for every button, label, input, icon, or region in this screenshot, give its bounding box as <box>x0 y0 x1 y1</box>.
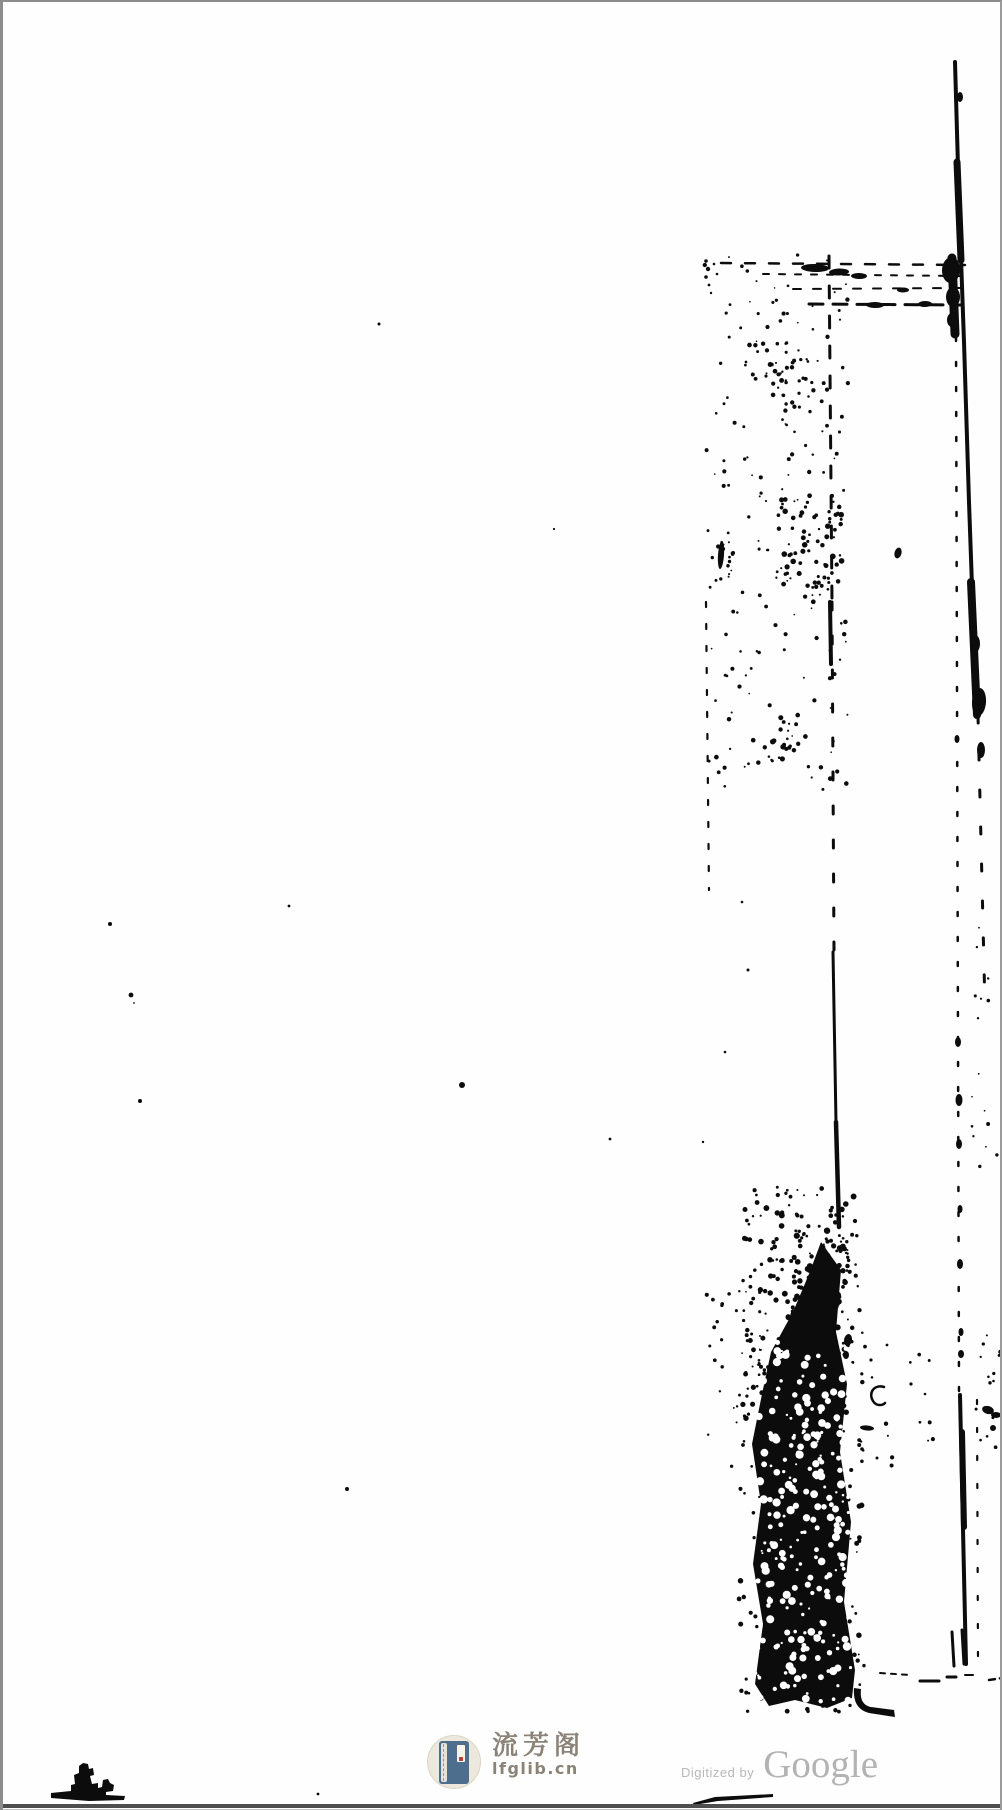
google-logo-text: Google <box>763 1742 878 1787</box>
lfglib-watermark: 流芳阁 lfglib.cn <box>427 1735 585 1789</box>
book-icon <box>439 1741 469 1784</box>
watermark-text-block: 流芳阁 lfglib.cn <box>492 1732 585 1777</box>
book-binding <box>441 1743 447 1782</box>
watermark-logo-circle <box>427 1735 481 1789</box>
page-bottom-edge <box>3 1804 1002 1808</box>
google-credit: Digitized by Google <box>681 1742 878 1787</box>
book-stitch-line <box>443 1744 444 1781</box>
ink-artifacts-layer <box>3 2 1002 1810</box>
scanned-page: 流芳阁 lfglib.cn Digitized by Google <box>0 0 1002 1810</box>
book-title-label <box>457 1745 465 1762</box>
watermark-url: lfglib.cn <box>492 1760 585 1777</box>
book-seal-mark <box>459 1757 463 1761</box>
digitized-by-label: Digitized by <box>681 1765 754 1780</box>
watermark-title: 流芳阁 <box>492 1732 585 1760</box>
